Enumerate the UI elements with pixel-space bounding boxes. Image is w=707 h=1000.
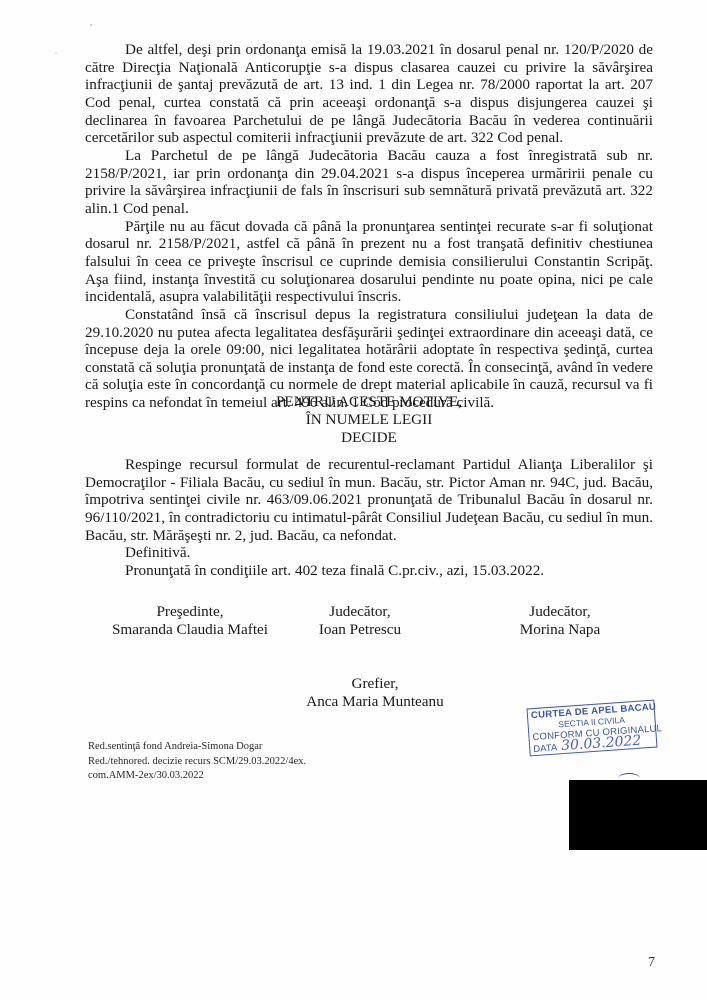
operative-section: Respinge recursul formulat de recurentul… xyxy=(85,456,653,580)
paragraph-prosecutor-registration: La Parchetul de pe lângă Judecătoria Bac… xyxy=(85,147,653,218)
paragraph-pronounced: Pronunţată în condiţiile art. 402 teza f… xyxy=(85,562,653,580)
scan-speck xyxy=(90,24,92,26)
signature-judge-2: Judecător, Morina Napa xyxy=(495,603,625,639)
signature-role: Grefier, xyxy=(290,675,460,693)
heading-line-reasons: PENTRU ACESTE MOTIVE, xyxy=(85,393,653,411)
signature-name: Smaranda Claudia Maftei xyxy=(100,621,280,639)
heading-line-decide: DECIDE xyxy=(85,429,653,447)
signature-judge-1: Judecător, Ioan Petrescu xyxy=(300,603,420,639)
signature-name: Ioan Petrescu xyxy=(300,621,420,639)
heading-line-law: ÎN NUMELE LEGII xyxy=(85,411,653,429)
note-line: Red.sentinţă fond Andreia-Simona Dogar xyxy=(88,740,306,755)
decision-heading: PENTRU ACESTE MOTIVE, ÎN NUMELE LEGII DE… xyxy=(85,393,653,446)
scan-speck xyxy=(55,52,57,54)
drafting-notes: Red.sentinţă fond Andreia-Simona Dogar R… xyxy=(88,740,306,784)
signature-role: Preşedinte, xyxy=(100,603,280,621)
paragraph-dismissal: Respinge recursul formulat de recurentul… xyxy=(85,456,653,544)
paragraph-final: Definitivă. xyxy=(85,544,653,562)
signature-clerk: Grefier, Anca Maria Munteanu xyxy=(290,675,460,711)
redaction-block xyxy=(569,780,707,850)
signature-role: Judecător, xyxy=(300,603,420,621)
note-line: Red./tehnored. decizie recurs SCM/29.03.… xyxy=(88,755,306,770)
reasoning-section: De altfel, deşi prin ordonanţa emisă la … xyxy=(85,41,653,412)
signature-role: Judecător, xyxy=(495,603,625,621)
signature-name: Anca Maria Munteanu xyxy=(290,693,460,711)
stamp-date-label: DATA xyxy=(533,743,557,756)
court-stamp: CURTEA DE APEL BACAU SECTIA II CIVILA CO… xyxy=(526,700,657,757)
page-number: 7 xyxy=(648,955,655,971)
signature-president: Preşedinte, Smaranda Claudia Maftei xyxy=(100,603,280,639)
signature-name: Morina Napa xyxy=(495,621,625,639)
document-page: De altfel, deşi prin ordonanţa emisă la … xyxy=(0,0,707,1000)
paragraph-dna-ordinance: De altfel, deşi prin ordonanţa emisă la … xyxy=(85,41,653,147)
note-line: com.AMM-2ex/30.03.2022 xyxy=(88,769,306,784)
paragraph-parties-proof: Părţile nu au făcut dovada că până la pr… xyxy=(85,218,653,306)
